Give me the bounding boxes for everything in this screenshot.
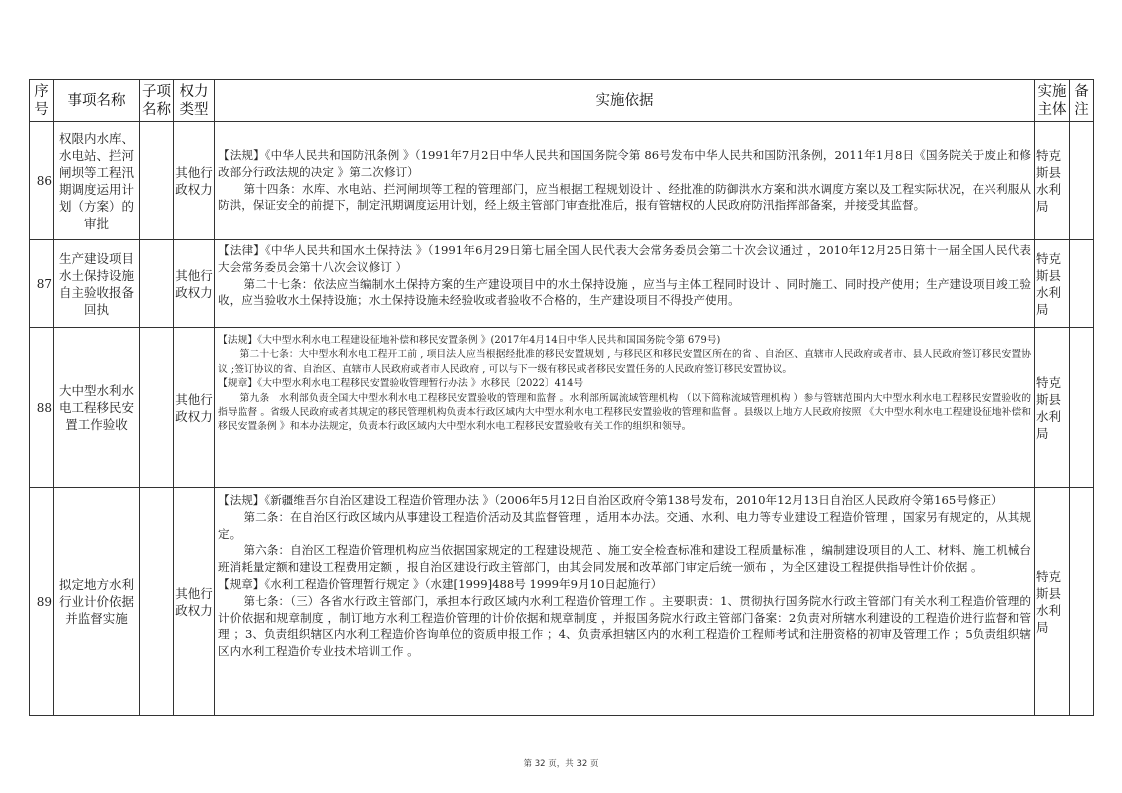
row-power-type: 其他行政权力	[174, 122, 215, 240]
row-basis: 【法规】《大中型水利水电工程建设征地补偿和移民安置条例 》(2017年4月14日…	[215, 328, 1035, 488]
row-basis: 【法规】《新疆维吾尔自治区建设工程造价管理办法 》（2006年5月12日自治区政…	[215, 488, 1035, 716]
table-row: 86 权限内水库、水电站、拦河闸坝等工程汛期调度运用计划（方案）的审批 其他行政…	[30, 122, 1094, 240]
row-sub-item	[140, 488, 174, 716]
page-number: 第 32 页，共 32 页	[0, 757, 1122, 769]
row-seq: 89	[30, 488, 54, 716]
row-implementer: 特克斯县水利局	[1035, 122, 1070, 240]
basis-article: 第二条：在自治区行政区域内从事建设工程造价活动及其监督管理 ，适用本办法。交通、…	[218, 509, 1031, 543]
row-remarks	[1070, 122, 1094, 240]
row-item-name: 权限内水库、水电站、拦河闸坝等工程汛期调度运用计划（方案）的审批	[54, 122, 140, 240]
basis-article: 第七条：（三）各省水行政主管部门，承担本行政区域内水利工程造价管理工作 。主要职…	[218, 593, 1031, 660]
row-remarks	[1070, 328, 1094, 488]
table-row: 88 大中型水利水电工程移民安置工作验收 其他行政权力 【法规】《大中型水利水电…	[30, 328, 1094, 488]
table-row: 87 生产建设项目水土保持设施自主验收报备回执 其他行政权力 【法律】《中华人民…	[30, 240, 1094, 328]
row-basis: 【法律】《中华人民共和国水土保持法 》（1991年6月29日第七届全国人民代表大…	[215, 240, 1035, 328]
basis-source: 【法规】《大中型水利水电工程建设征地补偿和移民安置条例 》(2017年4月14日…	[218, 334, 1031, 348]
header-sub-item: 子项名称	[140, 80, 174, 122]
basis-article: 第九条 水利部负责全国大中型水利水电工程移民安置验收的管理和监督 。水利部所属流…	[218, 392, 1031, 435]
row-basis: 【法规】《中华人民共和国防汛条例 》（1991年7月2日中华人民共和国国务院令第…	[215, 122, 1035, 240]
header-item-name: 事项名称	[54, 80, 140, 122]
row-seq: 87	[30, 240, 54, 328]
row-implementer: 特克斯县水利局	[1035, 488, 1070, 716]
row-sub-item	[140, 328, 174, 488]
row-power-type: 其他行政权力	[174, 328, 215, 488]
row-item-name: 拟定地方水利行业计价依据并监督实施	[54, 488, 140, 716]
row-sub-item	[140, 240, 174, 328]
row-item-name: 生产建设项目水土保持设施自主验收报备回执	[54, 240, 140, 328]
table-header-row: 序号 事项名称 子项名称 权力类型 实施依据 实施主体 备注	[30, 80, 1094, 122]
basis-source: 【法规】《新疆维吾尔自治区建设工程造价管理办法 》（2006年5月12日自治区政…	[218, 492, 1031, 509]
header-remarks: 备注	[1070, 80, 1094, 122]
power-list-table: 序号 事项名称 子项名称 权力类型 实施依据 实施主体 备注 86 权限内水库、…	[29, 79, 1094, 716]
basis-source: 【规章】《水利工程造价管理暂行规定 》（水建[1999]488号 1999年9月…	[218, 576, 1031, 593]
table-row: 89 拟定地方水利行业计价依据并监督实施 其他行政权力 【法规】《新疆维吾尔自治…	[30, 488, 1094, 716]
row-implementer: 特克斯县水利局	[1035, 240, 1070, 328]
basis-article: 第六条：自治区工程造价管理机构应当依据国家规定的工程建设规范 、施工安全检查标准…	[218, 542, 1031, 576]
row-implementer: 特克斯县水利局	[1035, 328, 1070, 488]
basis-source: 【规章】《大中型水利水电工程移民安置验收管理暂行办法 》水移民〔2022〕414…	[218, 377, 1031, 391]
row-seq: 88	[30, 328, 54, 488]
row-item-name: 大中型水利水电工程移民安置工作验收	[54, 328, 140, 488]
row-power-type: 其他行政权力	[174, 240, 215, 328]
row-sub-item	[140, 122, 174, 240]
basis-article: 第二十七条：大中型水利水电工程开工前 , 项目法人应当根据经批准的移民安置规划 …	[218, 348, 1031, 377]
row-remarks	[1070, 488, 1094, 716]
row-remarks	[1070, 240, 1094, 328]
header-seq: 序号	[30, 80, 54, 122]
header-power-type: 权力类型	[174, 80, 215, 122]
basis-article: 第二十七条：依法应当编制水土保持方案的生产建设项目中的水土保持设施 ，应当与主体…	[218, 276, 1031, 310]
row-power-type: 其他行政权力	[174, 488, 215, 716]
basis-source: 【法律】《中华人民共和国水土保持法 》（1991年6月29日第七届全国人民代表大…	[218, 242, 1031, 276]
header-basis: 实施依据	[215, 80, 1035, 122]
header-implementer: 实施主体	[1035, 80, 1070, 122]
row-seq: 86	[30, 122, 54, 240]
basis-source: 【法规】《中华人民共和国防汛条例 》（1991年7月2日中华人民共和国国务院令第…	[218, 147, 1031, 181]
basis-article: 第十四条：水库、水电站、拦河闸坝等工程的管理部门，应当根据工程规划设计 、经批准…	[218, 181, 1031, 215]
